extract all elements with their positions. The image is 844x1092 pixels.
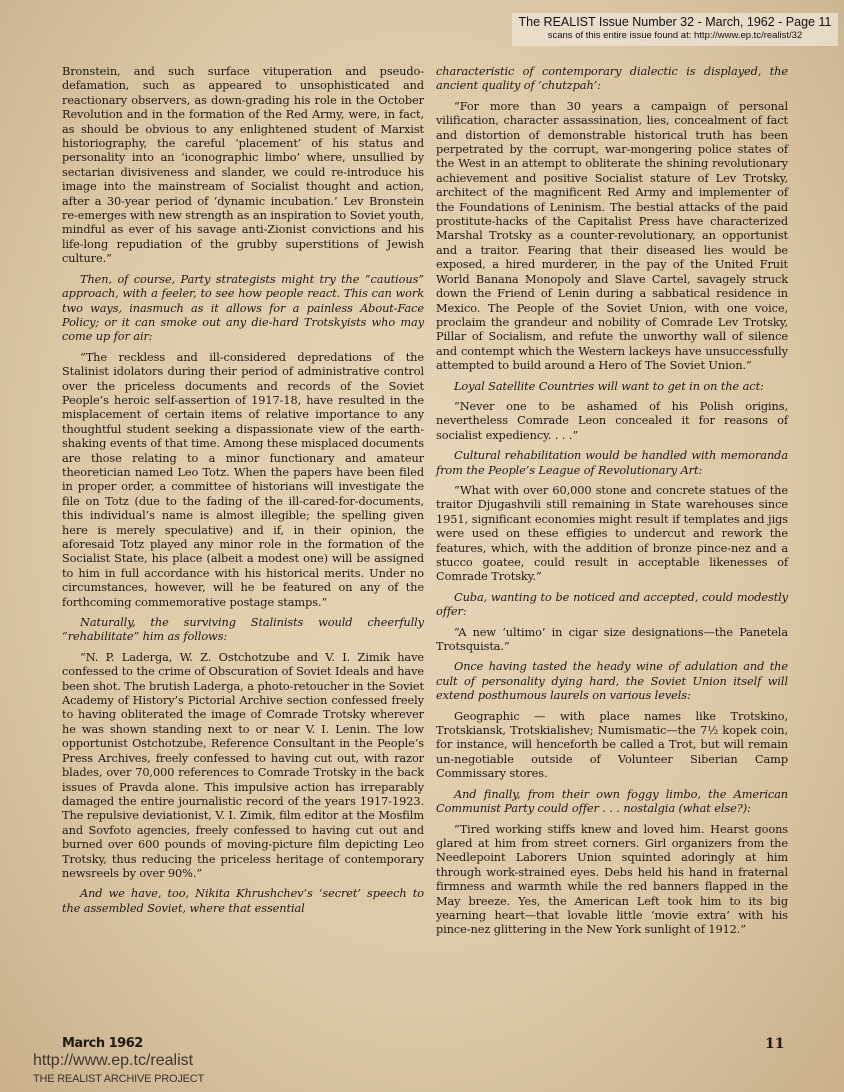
italic-paragraph: Loyal Satellite Countries will want to g… [436,379,788,393]
paragraph: Geographic — with place names like Trots… [436,709,788,781]
paragraph: “Tired working stiffs knew and loved him… [436,822,788,937]
paragraph: “The reckless and ill-considered depreda… [62,350,424,609]
italic-paragraph: Once having tasted the heady wine of adu… [436,659,788,702]
paragraph: “A new ‘ultimo’ in cigar size designatio… [436,625,788,654]
header-title: The REALIST Issue Number 32 - March, 196… [512,15,838,30]
footer-date: March 1962 [62,1036,143,1051]
paragraph: “N. P. Laderga, W. Z. Ostchotzube and V.… [62,650,424,881]
italic-paragraph: characteristic of contemporary dialectic… [436,64,788,93]
paragraph: “What with over 60,000 stone and concret… [436,483,788,584]
header-subtitle: scans of this entire issue found at: htt… [512,30,838,42]
right-column: characteristic of contemporary dialectic… [436,64,788,943]
italic-paragraph: Cultural rehabilitation would be handled… [436,448,788,477]
italic-paragraph: And finally, from their own foggy limbo,… [436,787,788,816]
page-number: 11 [765,1036,784,1052]
paragraph: “For more than 30 years a campaign of pe… [436,99,788,373]
archive-url: http://www.ep.tc/realist [33,1052,193,1070]
paragraph: Bronstein, and such surface vituperation… [62,64,424,266]
archive-header: The REALIST Issue Number 32 - March, 196… [512,13,838,46]
italic-paragraph: Then, of course, Party strategists might… [62,272,424,344]
italic-paragraph: Naturally, the surviving Stalinists woul… [62,615,424,644]
paragraph: “Never one to be ashamed of his Polish o… [436,399,788,442]
archive-project-label: THE REALIST ARCHIVE PROJECT [33,1073,204,1085]
italic-paragraph: Cuba, wanting to be noticed and accepted… [436,590,788,619]
left-column: Bronstein, and such surface vituperation… [62,64,424,921]
italic-paragraph: And we have, too, Nikita Khrushchev’s ‘s… [62,886,424,915]
